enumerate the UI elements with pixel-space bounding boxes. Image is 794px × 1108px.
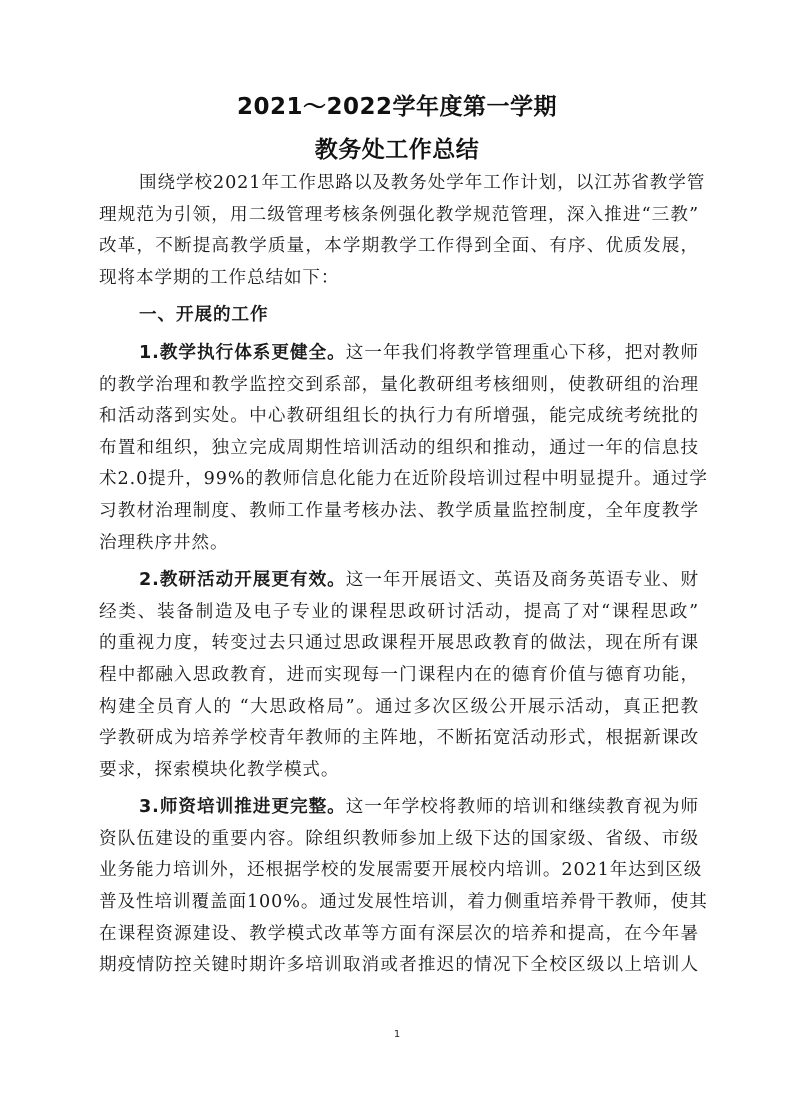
paragraph-line: 经类、装备制造及电子专业的课程思政研讨活动，提高了对“课程思政” xyxy=(99,597,699,629)
item-lead: 3.师资培训推进更完整。 xyxy=(139,797,346,817)
item-3-paragraph: 3.师资培训推进更完整。这一年学校将教师的培训和继续教育视为师 资队伍建设的重要… xyxy=(99,792,699,982)
paragraph-line: 期疫情防控关键时期许多培训取消或者推迟的情况下全校区级以上培训人 xyxy=(99,950,699,982)
page-number: 1 xyxy=(0,1029,794,1040)
paragraph-line: 布置和组织，独立完成周期性培训活动的组织和推动，通过一年的信息技 xyxy=(99,433,699,465)
item-2-paragraph: 2.教研活动开展更有效。这一年开展语文、英语及商务英语专业、财 经类、装备制造及… xyxy=(99,565,699,786)
paragraph-line: 2.教研活动开展更有效。这一年开展语文、英语及商务英语专业、财 xyxy=(99,565,699,597)
paragraph-line: 现将本学期的工作总结如下： xyxy=(99,263,699,295)
item-1-paragraph: 1.教学执行体系更健全。这一年我们将教学管理重心下移，把对教师 的教学治理和教学… xyxy=(99,338,699,559)
document-page: 2021～2022学年度第一学期 教务处工作总结 围绕学校2021年工作思路以及… xyxy=(0,0,794,1108)
paragraph-line: 构建全员育人的 “大思政格局”。通过多次区级公开展示活动，真正把教 xyxy=(99,692,699,724)
paragraph-line: 3.师资培训推进更完整。这一年学校将教师的培训和继续教育视为师 xyxy=(99,792,699,824)
paragraph-line: 和活动落到实处。中心教研组组长的执行力有所增强，能完成统考统批的 xyxy=(99,401,699,433)
paragraph-line: 学教研成为培养学校青年教师的主阵地，不断拓宽活动形式，根据新课改 xyxy=(99,723,699,755)
paragraph-line: 改革，不断提高教学质量，本学期教学工作得到全面、有序、优质发展， xyxy=(99,231,699,263)
paragraph-line: 资队伍建设的重要内容。除组织教师参加上级下达的国家级、省级、市级 xyxy=(99,824,699,856)
paragraph-line: 的重视力度，转变过去只通过思政课程开展思政教育的做法，现在所有课 xyxy=(99,628,699,660)
item-text: 这一年学校将教师的培训和继续教育视为师 xyxy=(346,797,699,817)
section-heading: 一、开展的工作 xyxy=(99,300,699,332)
paragraph-line: 程中都融入思政教育，进而实现每一门课程内在的德育价值与德育功能， xyxy=(99,660,699,692)
item-text: 这一年我们将教学管理重心下移，把对教师 xyxy=(346,343,699,363)
paragraph-line: 普及性培训覆盖面100%。通过发展性培训，着力侧重培养骨干教师，使其 xyxy=(99,887,699,919)
paragraph-line: 治理秩序井然。 xyxy=(99,528,699,560)
paragraph-line: 1.教学执行体系更健全。这一年我们将教学管理重心下移，把对教师 xyxy=(99,338,699,370)
paragraph-line: 的教学治理和教学监控交到系部，量化教研组考核细则，使教研组的治理 xyxy=(99,370,699,402)
paragraph-line: 在课程资源建设、教学模式改革等方面有深层次的培养和提高，在今年暑 xyxy=(99,919,699,951)
paragraph-line: 业务能力培训外，还根据学校的发展需要开展校内培训。2021年达到区级 xyxy=(99,855,699,887)
paragraph-line: 术2.0提升，99%的教师信息化能力在近阶段培训过程中明显提升。通过学 xyxy=(99,464,699,496)
item-lead: 2.教研活动开展更有效。 xyxy=(139,570,346,590)
paragraph-line: 围绕学校2021年工作思路以及教务处学年工作计划，以江苏省教学管 xyxy=(99,168,699,200)
paragraph-line: 要求，探索模块化教学模式。 xyxy=(99,755,699,787)
document-title-line1: 2021～2022学年度第一学期 xyxy=(0,88,794,121)
intro-paragraph: 围绕学校2021年工作思路以及教务处学年工作计划，以江苏省教学管 理规范为引领，… xyxy=(99,168,699,294)
document-title-line2: 教务处工作总结 xyxy=(0,131,794,164)
document-body: 围绕学校2021年工作思路以及教务处学年工作计划，以江苏省教学管 理规范为引领，… xyxy=(99,168,699,982)
paragraph-line: 习教材治理制度、教师工作量考核办法、教学质量监控制度，全年度教学 xyxy=(99,496,699,528)
paragraph-line: 理规范为引领，用二级管理考核条例强化教学规范管理，深入推进“三教” xyxy=(99,200,699,232)
item-lead: 1.教学执行体系更健全。 xyxy=(139,343,346,363)
item-text: 这一年开展语文、英语及商务英语专业、财 xyxy=(346,570,699,590)
